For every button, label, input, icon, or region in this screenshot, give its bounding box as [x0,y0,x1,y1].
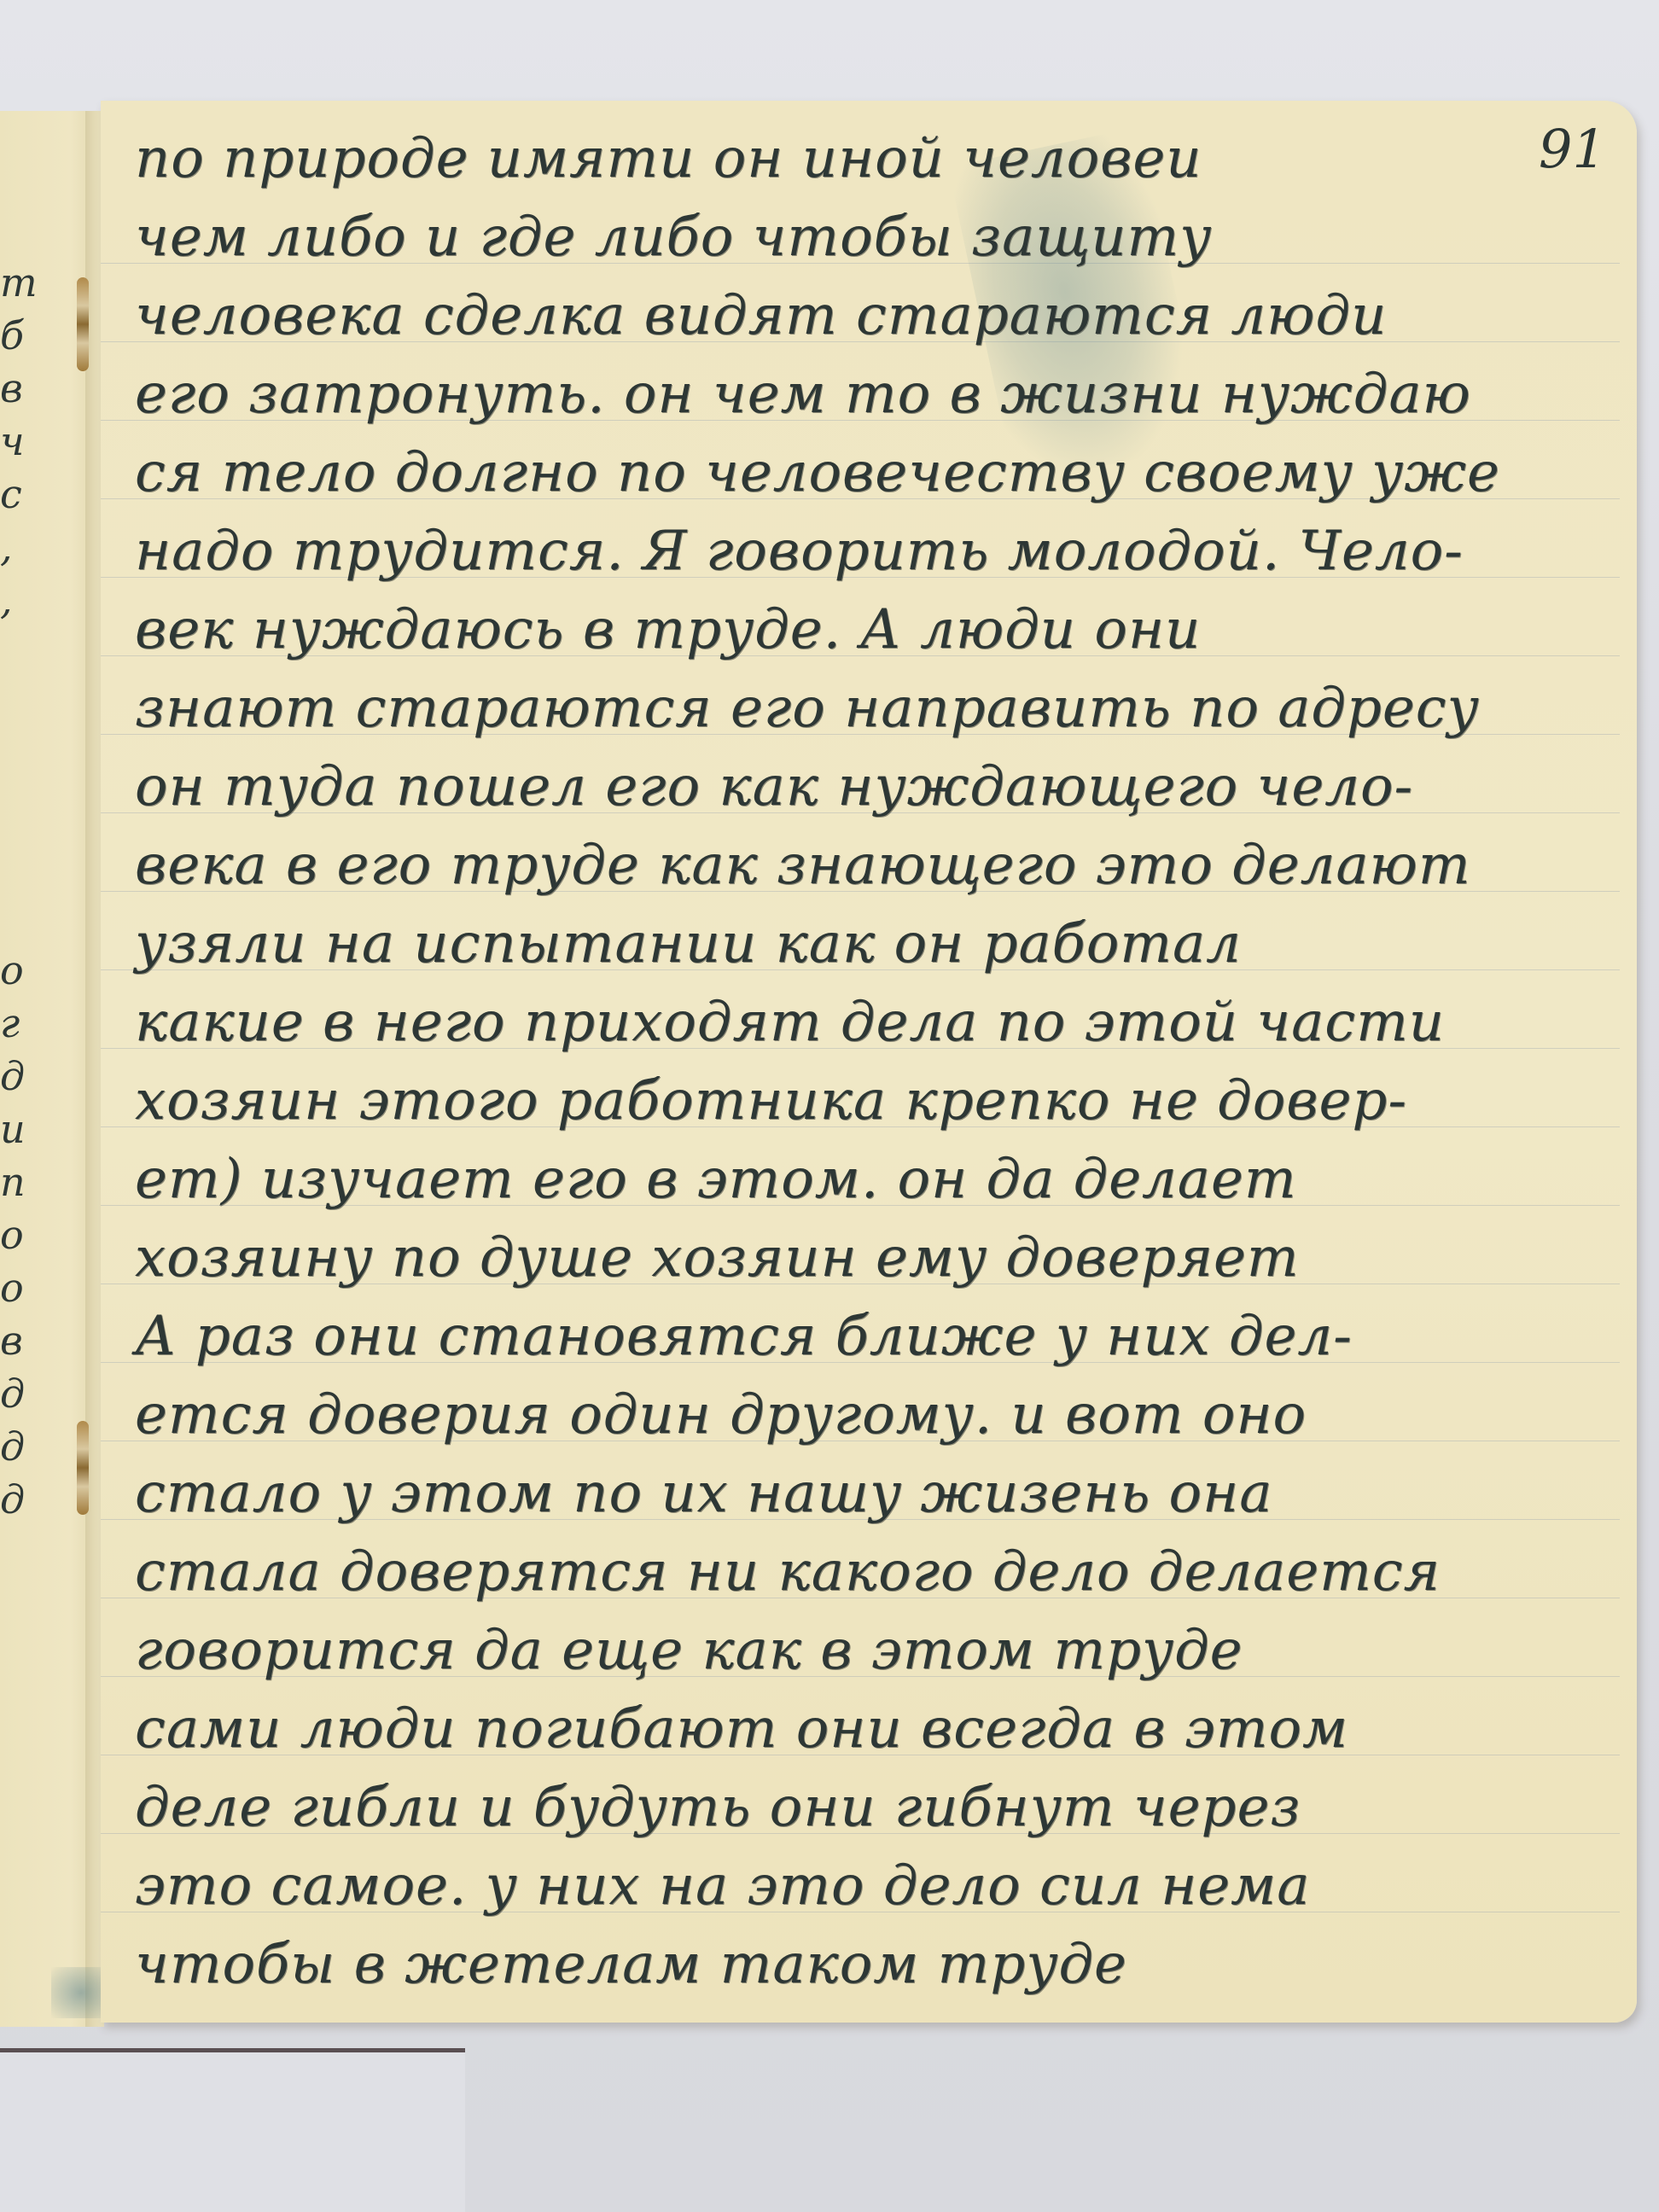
handwritten-text: по природе имяти он иной человеи чем либ… [135,119,1603,2004]
text-line: он туда пошел его как нуждающего чело- [135,748,1603,826]
text-line: деле гибли и будуть они гибнут через [135,1768,1603,1847]
text-line: надо трудится. Я говорить молодой. Чело- [135,512,1603,591]
text-line: стало у этом по их нашу жизень она [135,1454,1603,1533]
text-line: А раз они становятся ближе у них дел- [135,1297,1603,1376]
background-strip [0,2048,465,2212]
text-line: сами люди погибают они всегда в этом [135,1690,1603,1768]
staple-top-icon [77,277,89,371]
text-line: человека сделка видят стараются люди [135,276,1603,355]
text-line: стала доверятся ни какого дело делается [135,1533,1603,1611]
text-line: ет) изучает его в этом. он да делает [135,1140,1603,1219]
text-line: ся тело долгно по человечеству своему уж… [135,434,1603,512]
text-line: чтобы в жетелам таком труде [135,1925,1603,2004]
text-line: ется доверия один другому. и вот оно [135,1376,1603,1454]
text-line: хозяин этого работника крепко не довер- [135,1062,1603,1140]
facing-page-text-fragments: т б в ч с , , о г д и п о о в д д д [0,256,51,1526]
text-line: это самое. у них на это дело сил нема [135,1847,1603,1925]
text-line: чем либо и где либо чтобы защиту [135,198,1603,276]
notebook-page: 91 по природе имяти он иной человеи чем … [101,101,1637,2023]
text-line: узяли на испытании как он работал [135,905,1603,983]
staple-bottom-icon [77,1421,89,1515]
text-line: знают стараются его направить по адресу [135,669,1603,748]
text-line: по природе имяти он иной человеи [135,119,1603,198]
text-line: говорится да еще как в этом труде [135,1611,1603,1690]
text-line: его затронуть. он чем то в жизни нуждаю [135,355,1603,434]
text-line: века в его труде как знающего это делают [135,826,1603,905]
text-line: какие в него приходят дела по этой части [135,983,1603,1062]
text-line: хозяину по душе хозяин ему доверяет [135,1219,1603,1297]
text-line: век нуждаюсь в труде. А люди они [135,591,1603,669]
